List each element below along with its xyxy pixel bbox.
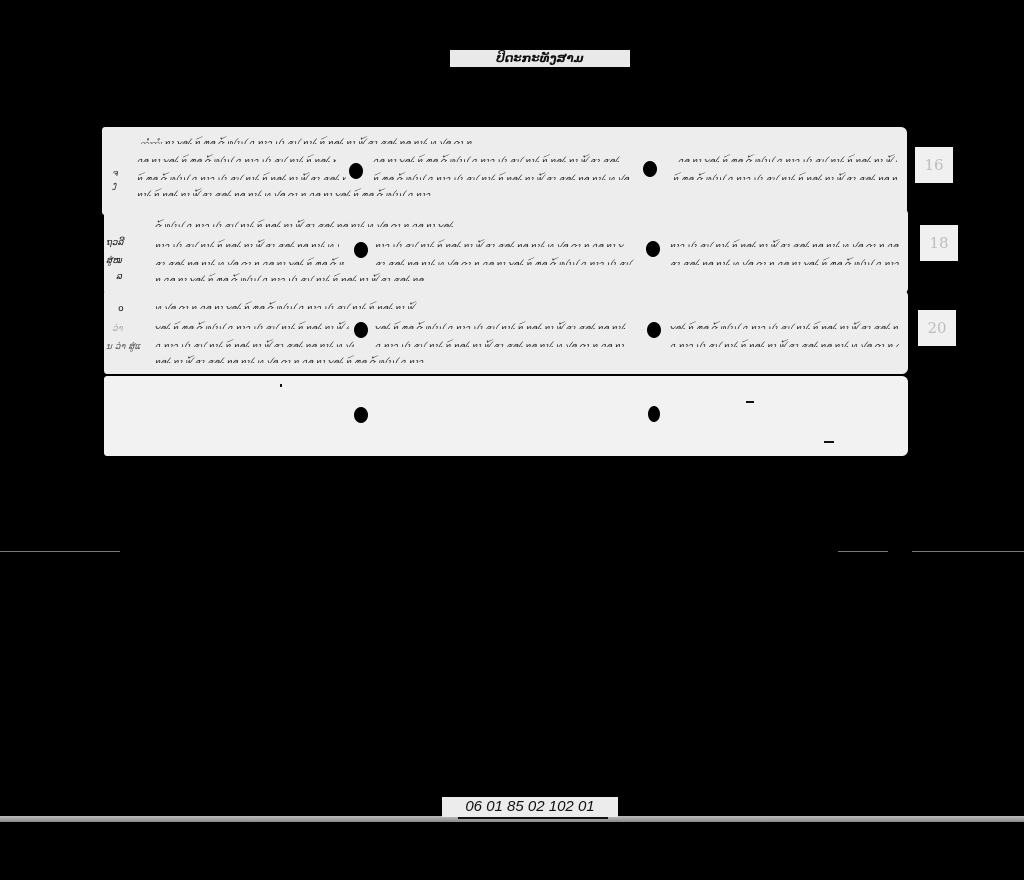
identifier-underline (458, 817, 608, 819)
manuscript-text-line: ꪒꪴ ꪀꪱꪫ ꪣꪱ ꪁꪴꪙ ꪀꪱꪉ ꪀꪷ ꪀꪮꪉ ꪀꪱ ꪝꪳ ꪁꪱ ꪁꪮꪉ ꪀꪮ… (154, 338, 354, 347)
binding-hole (349, 163, 363, 179)
manuscript-text-line: ꪀꪷ ꪑꪮ ꪋꪳ ꪢꪱꪣ ꪒꪴ ꪀꪱꪫ ꪣꪱ ꪁꪴꪙ ꪀꪱꪉ ꪀꪷ ꪀꪮꪉ ꪀꪱ… (372, 171, 632, 180)
margin-mark: ນ ວ່າ ສູ່ແ (106, 342, 140, 352)
manuscript-text-line: ၸၢႆၸၢႆ ꪀꪱ ꪩꪮꪉ ꪀꪷ ꪑꪮ ꪋꪳ ꪢꪱꪣ ꪒꪴ ꪀꪱꪫ ꪣꪱ ꪁꪴꪙ… (140, 135, 900, 144)
binding-hole (354, 322, 368, 338)
margin-mark: ຈ (112, 169, 118, 179)
manuscript-title-label: ປິດະກະທັງສາມ (450, 50, 630, 67)
ink-speck (746, 401, 754, 403)
page-number-tag: 16 (915, 147, 953, 183)
manuscript-text-line: ꪩꪮꪉ ꪀꪷ ꪑꪮ ꪋꪳ ꪢꪱꪣ ꪒꪴ ꪀꪱꪫ ꪣꪱ ꪁꪴꪙ ꪀꪱꪉ ꪀꪷ ꪀꪮ… (374, 320, 629, 329)
manuscript-text-line: ꪕ ꪚꪮ ꪋꪱ ꪀꪴ ꪒꪮ ꪀꪱ ꪩꪮꪉ ꪀꪷ ꪑꪮ ꪋꪳ ꪢꪱꪣ ꪒꪴ ꪀꪱꪫ… (154, 300, 899, 309)
palm-leaf-3: ໐ ວ່າ ນ ວ່າ ສູ່ແ ꪕ ꪚꪮ ꪋꪱ ꪀꪴ ꪒꪮ ꪀꪱ ꪩꪮꪉ ꪀꪷ… (104, 290, 908, 374)
manuscript-text-line: ꪀꪴ ꪒꪮ ꪀꪱ ꪩꪮꪉ ꪀꪷ ꪑꪮ ꪋꪳ ꪢꪱꪣ ꪒꪴ ꪀꪱꪫ ꪣꪱ ꪁꪴꪙ … (154, 272, 899, 281)
binding-hole (647, 322, 661, 338)
manuscript-text-line: ꪒꪴ ꪀꪱꪫ ꪣꪱ ꪁꪴꪙ ꪀꪱꪉ ꪀꪷ ꪀꪮꪉ ꪀꪱ ꪝꪳ ꪁꪱ ꪁꪮꪉ ꪀꪮ… (374, 338, 634, 347)
margin-mark: ຖວລີ (106, 238, 123, 248)
scan-edge-mark (0, 551, 120, 552)
scan-edge-mark (912, 551, 1024, 552)
margin-mark: ສູ່ໝ (106, 256, 122, 266)
manuscript-text-line: ꪀꪷ ꪑꪮ ꪋꪳ ꪢꪱꪣ ꪒꪴ ꪀꪱꪫ ꪣꪱ ꪁꪴꪙ ꪀꪱꪉ ꪀꪷ ꪀꪮꪉ ꪀꪱ… (672, 171, 897, 180)
margin-mark: ງ (112, 181, 116, 191)
manuscript-text-line: ꪩꪮꪉ ꪀꪷ ꪑꪮ ꪋꪳ ꪢꪱꪣ ꪒꪴ ꪀꪱꪫ ꪣꪱ ꪁꪴꪙ ꪀꪱꪉ ꪀꪷ ꪀꪮ… (154, 320, 349, 329)
manuscript-text-line: ꪀꪷ ꪑꪮ ꪋꪳ ꪢꪱꪣ ꪒꪴ ꪀꪱꪫ ꪣꪱ ꪁꪴꪙ ꪀꪱꪉ ꪀꪷ ꪀꪮꪉ ꪀꪱ… (136, 171, 346, 180)
margin-mark: ໐ (118, 304, 124, 314)
margin-mark: ວ່າ (112, 324, 123, 334)
manuscript-text-line: ꪀꪱꪉ ꪀꪷ ꪀꪮꪉ ꪀꪱ ꪝꪳ ꪁꪱ ꪁꪮꪉ ꪀꪮ ꪀꪱꪉ ꪕ ꪚꪮ ꪋꪱ ꪀ… (136, 187, 896, 196)
ink-speck (824, 441, 834, 443)
manuscript-text-line: ꪩꪮꪉ ꪀꪷ ꪑꪮ ꪋꪳ ꪢꪱꪣ ꪒꪴ ꪀꪱꪫ ꪣꪱ ꪁꪴꪙ ꪀꪱꪉ ꪀꪷ ꪀꪮ… (669, 320, 899, 329)
manuscript-text-line: ꪒꪴ ꪀꪱꪫ ꪣꪱ ꪁꪴꪙ ꪀꪱꪉ ꪀꪷ ꪀꪮꪉ ꪀꪱ ꪝꪳ ꪁꪱ ꪁꪮꪉ ꪀꪮ… (669, 338, 899, 347)
binding-hole (643, 161, 657, 177)
binding-hole (354, 407, 368, 423)
ink-speck (280, 384, 282, 387)
binding-hole (354, 242, 368, 258)
manuscript-identifier-label: 06 01 85 02 102 01 (442, 797, 618, 817)
manuscript-text-line: ꪒꪮ ꪀꪱ ꪩꪮꪉ ꪀꪷ ꪑꪮ ꪋꪳ ꪢꪱꪣ ꪒꪴ ꪀꪱꪫ ꪣꪱ ꪁꪴꪙ ꪀꪱꪉ… (677, 153, 897, 162)
manuscript-text-line: ꪀꪮꪉ ꪀꪱ ꪝꪳ ꪁꪱ ꪁꪮꪉ ꪀꪮ ꪀꪱꪉ ꪕ ꪚꪮ ꪋꪱ ꪀꪴ ꪒꪮ ꪀꪱ… (154, 354, 899, 363)
scan-edge-mark (838, 551, 888, 552)
manuscript-text-line: ꪋꪳ ꪢꪱꪣ ꪒꪴ ꪀꪱꪫ ꪣꪱ ꪁꪴꪙ ꪀꪱꪉ ꪀꪷ ꪀꪮꪉ ꪀꪱ ꪝꪳ ꪁꪱ… (154, 218, 899, 227)
manuscript-text-line: ꪀꪱꪫ ꪣꪱ ꪁꪴꪙ ꪀꪱꪉ ꪀꪷ ꪀꪮꪉ ꪀꪱ ꪝꪳ ꪁꪱ ꪁꪮꪉ ꪀꪮ ꪀꪱ… (669, 238, 899, 247)
page-number-tag: 20 (918, 310, 956, 346)
palm-leaf-4-blank (104, 376, 908, 456)
manuscript-text-line: ꪀꪱꪫ ꪣꪱ ꪁꪴꪙ ꪀꪱꪉ ꪀꪷ ꪀꪮꪉ ꪀꪱ ꪝꪳ ꪁꪱ ꪁꪮꪉ ꪀꪮ ꪀꪱ… (374, 238, 624, 247)
manuscript-text-line: ꪁꪱ ꪁꪮꪉ ꪀꪮ ꪀꪱꪉ ꪕ ꪚꪮ ꪋꪱ ꪀꪴ ꪒꪮ ꪀꪱ ꪩꪮꪉ ꪀꪷ ꪑꪮ… (154, 256, 344, 265)
page-number-tag: 18 (920, 225, 958, 261)
margin-mark: ລ (116, 272, 122, 282)
manuscript-text-line: ꪒꪮ ꪀꪱ ꪩꪮꪉ ꪀꪷ ꪑꪮ ꪋꪳ ꪢꪱꪣ ꪒꪴ ꪀꪱꪫ ꪣꪱ ꪁꪴꪙ ꪀꪱꪉ… (136, 153, 336, 162)
palm-leaf-2: ຖວລີ ສູ່ໝ ລ ꪋꪳ ꪢꪱꪣ ꪒꪴ ꪀꪱꪫ ꪣꪱ ꪁꪴꪙ ꪀꪱꪉ ꪀꪷ … (104, 208, 908, 294)
palm-leaf-1: ຈ ງ ၸၢႆၸၢႆ ꪀꪱ ꪩꪮꪉ ꪀꪷ ꪑꪮ ꪋꪳ ꪢꪱꪣ ꪒꪴ ꪀꪱꪫ ꪣꪱ… (102, 127, 907, 215)
manuscript-text-line: ꪁꪱ ꪁꪮꪉ ꪀꪮ ꪀꪱꪉ ꪕ ꪚꪮ ꪋꪱ ꪀꪴ ꪒꪮ ꪀꪱ ꪩꪮꪉ ꪀꪷ ꪑꪮ… (374, 256, 634, 265)
manuscript-text-line: ꪒꪮ ꪀꪱ ꪩꪮꪉ ꪀꪷ ꪑꪮ ꪋꪳ ꪢꪱꪣ ꪒꪴ ꪀꪱꪫ ꪣꪱ ꪁꪴꪙ ꪀꪱꪉ… (372, 153, 622, 162)
manuscript-text-line: ꪀꪱꪫ ꪣꪱ ꪁꪴꪙ ꪀꪱꪉ ꪀꪷ ꪀꪮꪉ ꪀꪱ ꪝꪳ ꪁꪱ ꪁꪮꪉ ꪀꪮ ꪀꪱ… (154, 238, 339, 247)
binding-hole (648, 406, 660, 422)
manuscript-text-line: ꪁꪱ ꪁꪮꪉ ꪀꪮ ꪀꪱꪉ ꪕ ꪚꪮ ꪋꪱ ꪀꪴ ꪒꪮ ꪀꪱ ꪩꪮꪉ ꪀꪷ ꪑꪮ… (669, 256, 899, 265)
binding-hole (646, 241, 660, 257)
